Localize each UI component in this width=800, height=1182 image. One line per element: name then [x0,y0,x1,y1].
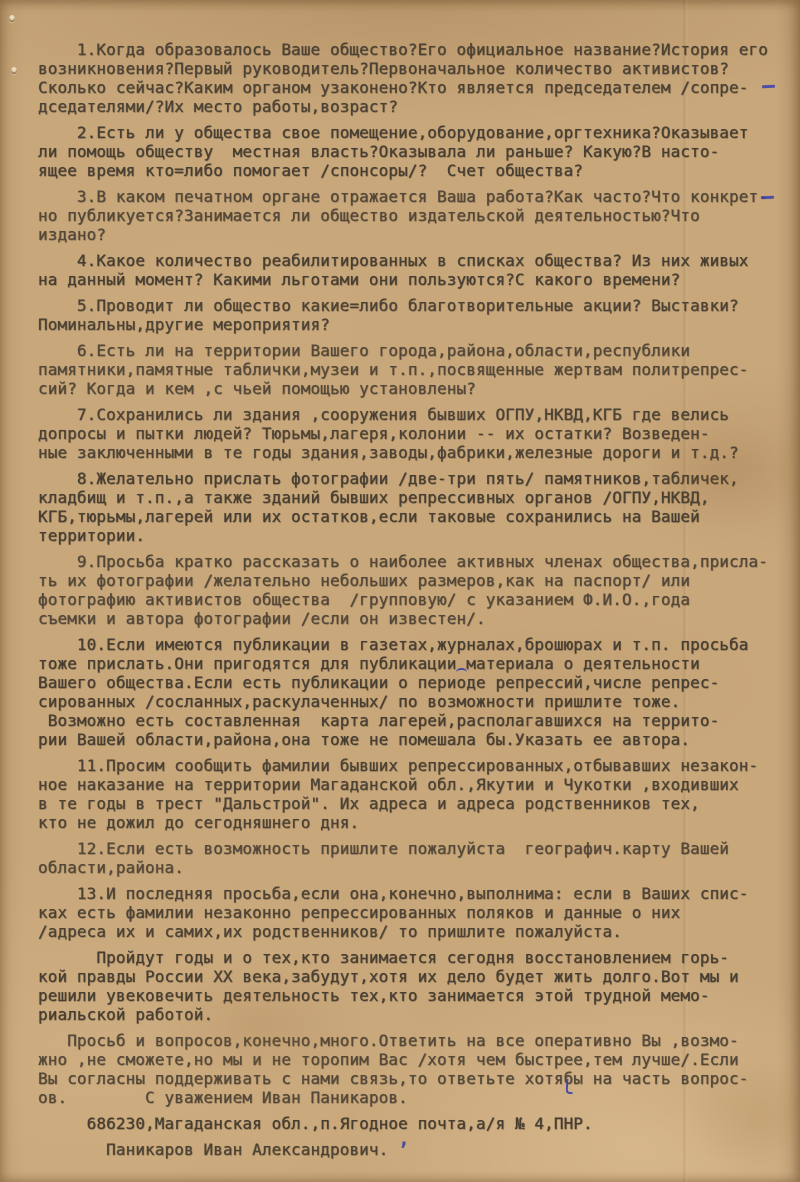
question-12: 12.Если есть возможность пришлите пожалу… [38,839,786,877]
text-line: дседателями/?Их место работы,возраст? [38,97,786,116]
text-line: 6.Есть ли на территории Вашего города,ра… [38,341,786,360]
text-line: Сколько сейчас?Каким органом узаконено?К… [38,78,786,97]
text-line: решили увековечить деятельность тех,кто … [38,986,786,1005]
text-line: рии Вашей области,района,она тоже не пом… [38,730,786,749]
text-line: но публикуется?Занимается ли общество из… [38,206,786,225]
text-line: Поминальны,другие мероприятия? [38,315,786,334]
closing-paragraph-1: Пройдут годы и о тех,кто занимается сего… [38,948,786,1024]
text-line: ках есть фамилии незаконно репрессирован… [38,903,786,922]
text-line: тоже прислать.Они пригодятся для публика… [38,654,786,673]
text-line: 2.Есть ли у общества свое помещение,обор… [38,123,786,142]
text-line: 5.Проводит ли общество какие=либо благот… [38,296,786,315]
typewritten-text: 1.Когда образовалось Ваше общество?Его о… [38,40,786,1166]
text-line: фотографию активистов общества /группову… [38,590,786,609]
paper-stain [640,420,800,530]
text-line: 1.Когда образовалось Ваше общество?Его о… [38,40,786,59]
question-10: 10.Если имеются публикации в газетах,жур… [38,635,786,749]
pen-correction-mark [456,668,467,676]
text-line: Паникаров Иван Александрович. [38,1140,786,1159]
text-line: ов. С уважением Иван Паникаров. [38,1088,786,1107]
text-line: 686230,Магаданская обл.,п.Ягодное почта,… [38,1114,786,1133]
text-line: Вы согласны поддерживать с нами связь,то… [38,1069,786,1088]
text-line: 9.Просьба кратко рассказать о наиболее а… [38,552,786,571]
question-1: 1.Когда образовалось Ваше общество?Его о… [38,40,786,116]
text-line: ящее время кто=либо помогает /спонсоры/?… [38,161,786,180]
text-line: ть их фотографии /желательно небольших р… [38,571,786,590]
question-13: 13.И последняя просьба,если она,конечно,… [38,884,786,941]
question-5: 5.Проводит ли общество какие=либо благот… [38,296,786,334]
pinhole [11,67,17,74]
closing-paragraph-2: Просьб и вопросов,конечно,много.Ответить… [38,1031,786,1107]
text-line: жно ,не сможете,но мы и не торопим Вас /… [38,1050,786,1069]
text-line: Возможно есть составленная карта лагерей… [38,711,786,730]
text-line: /адреса их и самих,их родственников/ то … [38,922,786,941]
text-line: памятники,памятные таблички,музеи и т.п.… [38,360,786,379]
signature-name: Паникаров Иван Александрович. [38,1140,786,1159]
text-line: возникновения?Первый руководитель?Первон… [38,59,786,78]
text-line: сированных /сосланных,раскулаченных/ по … [38,692,786,711]
text-line: 11.Просим сообщить фамилии бывших репрес… [38,756,786,775]
text-line: территории. [38,526,786,545]
question-11: 11.Просим сообщить фамилии бывших репрес… [38,756,786,832]
text-line: 4.Какое количество реабилитированных в с… [38,251,786,270]
pen-added-comma: , [398,1133,410,1143]
address-line: 686230,Магаданская обл.,п.Ягодное почта,… [38,1114,786,1133]
question-3: 3.В каком печатном органе отражается Ваш… [38,187,786,244]
text-line: съемки и автора фотографии /если он изве… [38,609,786,628]
text-line: кто не дожил до сегодняшнего дня. [38,813,786,832]
text-line: на данный момент? Какими льготами они по… [38,270,786,289]
text-line: ли помощь обществу местная власть?Оказыв… [38,142,786,161]
text-line: 10.Если имеются публикации в газетах,жур… [38,635,786,654]
scanned-letter-page: 1.Когда образовалось Ваше общество?Его о… [0,0,800,1182]
text-line: в те годы в трест "Дальстрой". Их адреса… [38,794,786,813]
pen-insertion-stroke [566,1079,574,1094]
text-line: области,района. [38,858,786,877]
pen-retraced-hyphen [762,85,775,88]
question-2: 2.Есть ли у общества свое помещение,обор… [38,123,786,180]
text-line: Вашего общества.Если есть публикации о п… [38,673,786,692]
text-line: 12.Если есть возможность пришлите пожалу… [38,839,786,858]
question-6: 6.Есть ли на территории Вашего города,ра… [38,341,786,398]
pinhole [9,15,15,22]
text-line: Пройдут годы и о тех,кто занимается сего… [38,948,786,967]
pen-retraced-hyphen [761,196,774,199]
paper-stain [150,960,370,1090]
text-line: 13.И последняя просьба,если она,конечно,… [38,884,786,903]
text-line: издано? [38,225,786,244]
text-line: кой правды России XX века,забудут,хотя и… [38,967,786,986]
question-9: 9.Просьба кратко рассказать о наиболее а… [38,552,786,628]
text-line: ное наказание на территории Магаданской … [38,775,786,794]
text-line: 3.В каком печатном органе отражается Ваш… [38,187,786,206]
text-line: сий? Когда и кем ,с чьей помощью установ… [38,379,786,398]
text-line: 7.Сохранились ли здания ,сооружения бывш… [38,405,786,424]
question-4: 4.Какое количество реабилитированных в с… [38,251,786,289]
